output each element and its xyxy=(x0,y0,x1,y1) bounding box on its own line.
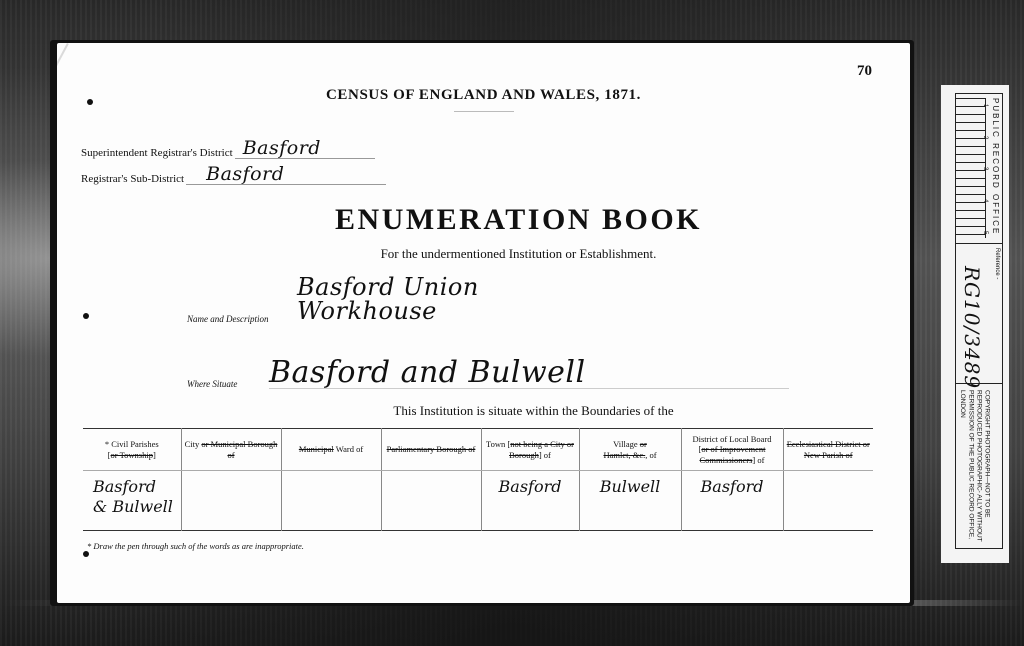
institution-name-field: Name and Description Basford Union Workh… xyxy=(187,275,617,324)
superintendent-district-label: Superintendent Registrar's District xyxy=(81,147,233,159)
header-struck-text: or Township xyxy=(111,450,153,460)
ruler-block: 1 2 3 4 5 PUBLIC RECORD OFFICE xyxy=(956,94,1002,244)
where-situate-label: Where Situate xyxy=(187,379,269,389)
cell-municipal-ward xyxy=(281,471,381,531)
public-record-office-label: PUBLIC RECORD OFFICE xyxy=(991,98,1000,235)
header-struck-text: Parliamentary Borough of xyxy=(387,444,476,454)
header-struck-text: Hamlet, &c. xyxy=(603,450,645,460)
title-divider xyxy=(454,111,514,112)
ink-blot xyxy=(83,313,89,319)
header-town: Town [not being a City or Borough] of xyxy=(481,429,579,471)
header-parliamentary-borough: Parliamentary Borough of xyxy=(381,429,481,471)
sub-district-value: Basford xyxy=(186,165,386,185)
ruler-number: 1 xyxy=(978,104,988,107)
boundaries-statement: This Institution is situate within the B… xyxy=(57,403,910,419)
header-struck-text: Ecclesiastical District or New Parish of xyxy=(787,439,870,460)
sub-district-field: Registrar's Sub-District Basford xyxy=(81,165,386,185)
cell-ecclesiastical-district xyxy=(783,471,873,531)
boundary-table-header-row: * Civil Parishes [or Township] City or M… xyxy=(83,429,873,471)
institution-name-value: Basford Union Workhouse xyxy=(297,275,617,324)
reference-value: RG10/3489 xyxy=(960,266,984,389)
cell-local-board: Basford xyxy=(681,471,783,531)
header-local-board: District of Local Board [or of Improveme… xyxy=(681,429,783,471)
reference-label: Reference - xyxy=(994,248,1000,279)
where-situate-field: Where Situate Basford and Bulwell xyxy=(187,358,789,389)
census-title-text: CENSUS OF ENGLAND AND WALES, 1871. xyxy=(326,87,641,103)
header-struck-text: or of Improvement Commissioners xyxy=(700,444,766,465)
ruler-number: 5 xyxy=(978,231,988,234)
header-city-borough: City or Municipal Borough of xyxy=(181,429,281,471)
where-situate-value: Basford and Bulwell xyxy=(269,358,789,389)
header-kept-text: Ward of xyxy=(336,444,363,454)
reference-block: Reference - RG10/3489 xyxy=(956,244,1002,384)
superintendent-district-value: Basford xyxy=(235,139,375,159)
header-village: Village or Hamlet, &c., of xyxy=(579,429,681,471)
superintendent-district-field: Superintendent Registrar's District Basf… xyxy=(81,139,375,159)
cell-city-borough xyxy=(181,471,281,531)
ink-blot xyxy=(83,551,89,557)
boundary-table-row: Basford & Bulwell Basford Bulwell Basfor… xyxy=(83,471,873,531)
header-ecclesiastical-district: Ecclesiastical District or New Parish of xyxy=(783,429,873,471)
enumeration-book-title: ENUMERATION BOOK xyxy=(57,203,910,237)
reference-strip-frame: 1 2 3 4 5 PUBLIC RECORD OFFICE Reference… xyxy=(955,93,1003,549)
cell-parliamentary-borough xyxy=(381,471,481,531)
header-kept-text: City xyxy=(185,439,200,449)
cell-town: Basford xyxy=(481,471,579,531)
census-title: CENSUS OF ENGLAND AND WALES, 1871. xyxy=(57,87,910,112)
header-struck-text: not being a City or Borough xyxy=(509,439,574,460)
header-struck-text: or xyxy=(640,439,647,449)
ruler-number: 4 xyxy=(978,199,988,202)
institution-name-label: Name and Description xyxy=(187,314,297,324)
header-municipal-ward: Municipal Ward of xyxy=(281,429,381,471)
enumeration-book-subtitle: For the undermentioned Institution or Es… xyxy=(57,246,910,262)
page-number: 70 xyxy=(857,63,872,80)
sub-district-label: Registrar's Sub-District xyxy=(81,173,184,185)
copyright-notice: COPYRIGHT PHOTOGRAPH—NOT TO BE REPRODUCE… xyxy=(958,390,991,545)
header-kept-text: * Civil Parishes xyxy=(105,439,159,449)
enumeration-book-cover: 70 CENSUS OF ENGLAND AND WALES, 1871. Su… xyxy=(57,43,910,603)
boundary-table: * Civil Parishes [or Township] City or M… xyxy=(83,428,873,531)
header-struck-text: or Municipal Borough of xyxy=(201,439,277,460)
header-struck-text: Municipal xyxy=(299,444,334,454)
cell-village: Bulwell xyxy=(579,471,681,531)
footnote: * Draw the pen through such of the words… xyxy=(87,541,304,551)
cell-civil-parish: Basford & Bulwell xyxy=(83,471,181,531)
ruler-number: 2 xyxy=(978,136,988,139)
ruler-number: 3 xyxy=(978,167,988,170)
header-civil-parish: * Civil Parishes [or Township] xyxy=(83,429,181,471)
ruler-numbers: 1 2 3 4 5 xyxy=(978,104,988,234)
public-record-office-reference-strip: 1 2 3 4 5 PUBLIC RECORD OFFICE Reference… xyxy=(941,85,1009,563)
